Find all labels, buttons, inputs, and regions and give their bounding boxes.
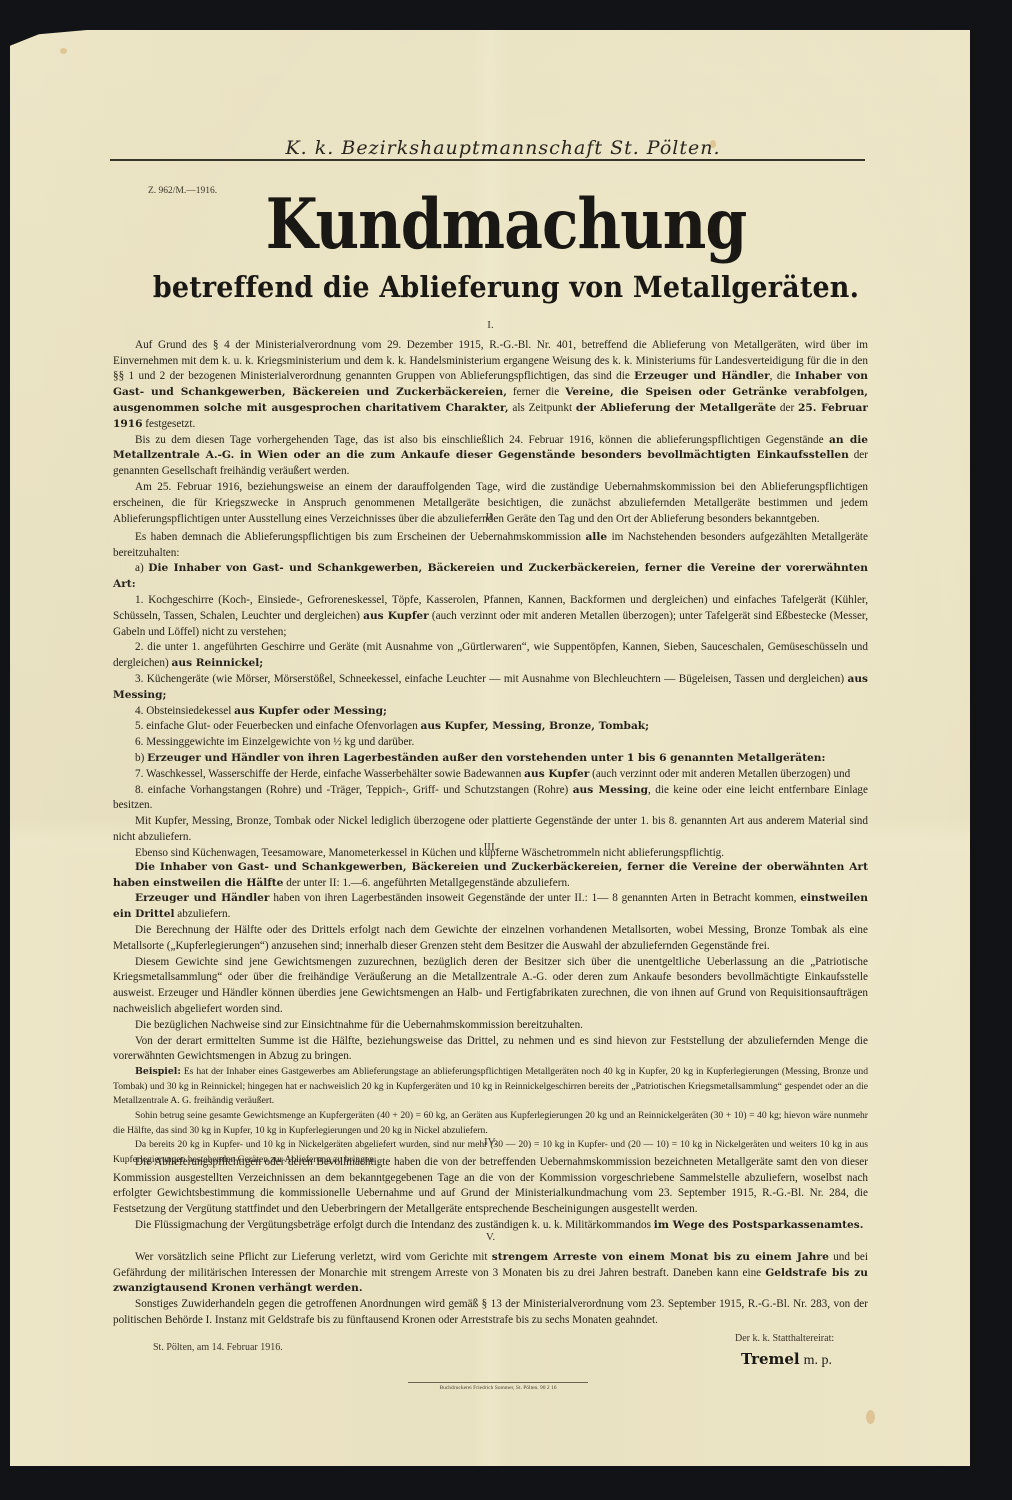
list-item: 6. Messinggewichte im Einzelgewichte von…: [113, 735, 868, 751]
footer-rule: [408, 1382, 588, 1383]
text: 8. einfache Vorhangstangen (Rohre) und -…: [135, 784, 573, 796]
text: der unter II: 1.—6. angeführten Metallge…: [283, 877, 569, 889]
place-and-date: St. Pölten, am 14. Februar 1916.: [153, 1342, 283, 1353]
list-item: 7. Waschkessel, Wasserschiffe der Herde,…: [113, 767, 868, 783]
text: 3. Küchengeräte (wie Mörser, Mörserstöße…: [135, 673, 847, 685]
document-title: Kundmachung: [0, 185, 1012, 266]
emphasis: alle: [585, 531, 607, 543]
text: Es hat der Inhaber eines Gastgewerbes am…: [113, 1066, 868, 1106]
emphasis: aus Kupfer: [524, 768, 589, 780]
text: (auch verzinnt oder mit anderen Metallen…: [589, 768, 850, 780]
text: Wer vorsätzlich seine Pflicht zur Liefer…: [135, 1251, 492, 1263]
list-item: 1. Kochgeschirre (Koch-, Einsiede-, Gefr…: [113, 593, 868, 640]
text: , die: [770, 370, 795, 382]
text: 7. Waschkessel, Wasserschiffe der Herde,…: [135, 768, 524, 780]
list-item: 4. Obsteinsiedekessel aus Kupfer oder Me…: [113, 704, 868, 720]
section-2: II. Es haben demnach die Ablieferungspfl…: [113, 508, 868, 862]
paragraph: Diesem Gewichte sind jene Gewichtsmengen…: [113, 955, 868, 1018]
emphasis: Die Inhaber von Gast- und Schankgewerben…: [113, 562, 868, 590]
emphasis: aus Kupfer: [363, 610, 429, 622]
signature: Tremelm. p.: [741, 1350, 832, 1369]
text: Bis zu dem diesen Tage vorhergehenden Ta…: [135, 434, 829, 446]
text: haben von ihren Lagerbeständen insoweit …: [269, 892, 800, 904]
paragraph: Wer vorsätzlich seine Pflicht zur Liefer…: [113, 1250, 868, 1297]
section-numeral: III.: [113, 840, 868, 856]
emphasis: Erzeuger und Händler von ihren Lagerbest…: [147, 752, 825, 764]
emphasis: aus Reinnickel;: [172, 657, 264, 669]
paper-stain: [866, 1410, 875, 1424]
signatory-role: Der k. k. Statthaltereirat:: [735, 1333, 834, 1344]
text: der: [776, 402, 798, 414]
emphasis: aus Kupfer, Messing, Bronze, Tombak;: [420, 720, 649, 732]
text: a): [135, 562, 148, 574]
paragraph: Sonstiges Zuwiderhandeln gegen die getro…: [113, 1297, 868, 1329]
text: abzuliefern.: [175, 908, 231, 920]
signatory-suffix: m. p.: [804, 1353, 832, 1368]
section-1: I. Auf Grund des § 4 der Ministerialvero…: [113, 316, 868, 527]
text: ferner die: [507, 386, 565, 398]
list-heading-b: b) Erzeuger und Händler von ihren Lagerb…: [113, 751, 868, 767]
paper-stain: [60, 48, 67, 54]
issuing-authority: K. k. Bezirkshauptmannschaft St. Pölten.: [138, 137, 868, 159]
text: festgesetzt.: [143, 418, 196, 430]
printer-imprint: Buchdruckerei Friedrich Sommer, St. Pölt…: [408, 1385, 588, 1391]
signatory-name: Tremel: [741, 1350, 800, 1368]
section-numeral: IV.: [113, 1135, 868, 1151]
paragraph: Erzeuger und Händler haben von ihren Lag…: [113, 891, 868, 923]
paragraph: Es haben demnach die Ablieferungspflicht…: [113, 530, 868, 562]
text: Es haben demnach die Ablieferungspflicht…: [135, 531, 585, 543]
section-numeral: I.: [113, 318, 868, 334]
paragraph: Die Berechnung der Hälfte oder des Dritt…: [113, 923, 868, 955]
example-paragraph: Beispiel: Es hat der Inhaber eines Gastg…: [113, 1065, 868, 1109]
text: 4. Obsteinsiedekessel: [135, 705, 234, 717]
paragraph: Auf Grund des § 4 der Ministerialverordn…: [113, 338, 868, 433]
paragraph: Die Inhaber von Gast- und Schankgewerben…: [113, 860, 868, 892]
paragraph: Von der derart ermittelten Summe ist die…: [113, 1034, 868, 1066]
paragraph: Die Ablieferungspflichtigen oder deren B…: [113, 1155, 868, 1218]
paragraph: Die bezüglichen Nachweise sind zur Einsi…: [113, 1018, 868, 1034]
emphasis: aus Kupfer oder Messing;: [234, 705, 387, 717]
text: 5. einfache Glut- oder Feuerbecken und e…: [135, 720, 420, 732]
list-item: 5. einfache Glut- oder Feuerbecken und e…: [113, 719, 868, 735]
text: b): [135, 752, 147, 764]
emphasis: der Ablieferung der Metallgeräte: [576, 402, 776, 414]
text: als Zeitpunkt: [509, 402, 576, 414]
emphasis: Erzeuger und Händler: [135, 892, 269, 904]
paragraph: Bis zu dem diesen Tage vorhergehenden Ta…: [113, 433, 868, 480]
section-5: V. Wer vorsätzlich seine Pflicht zur Lie…: [113, 1228, 868, 1329]
section-numeral: V.: [113, 1230, 868, 1246]
list-heading-a: a) Die Inhaber von Gast- und Schankgewer…: [113, 561, 868, 593]
emphasis: strengem Arreste von einem Monat bis zu …: [492, 1251, 829, 1263]
section-4: IV. Die Ablieferungspflichtigen oder der…: [113, 1133, 868, 1234]
list-item: 2. die unter 1. angeführten Geschirre un…: [113, 640, 868, 672]
header-rule: [110, 159, 865, 161]
list-item: 3. Küchengeräte (wie Mörser, Mörserstöße…: [113, 672, 868, 704]
emphasis: aus Messing: [573, 784, 648, 796]
example-label: Beispiel:: [135, 1066, 181, 1077]
section-3: III. Die Inhaber von Gast- und Schankgew…: [113, 838, 868, 1167]
section-numeral: II.: [113, 510, 868, 526]
list-item: 8. einfache Vorhangstangen (Rohre) und -…: [113, 783, 868, 815]
emphasis: Erzeuger und Händler: [634, 370, 770, 382]
document-subtitle: betreffend die Ablieferung von Metallger…: [35, 270, 976, 304]
